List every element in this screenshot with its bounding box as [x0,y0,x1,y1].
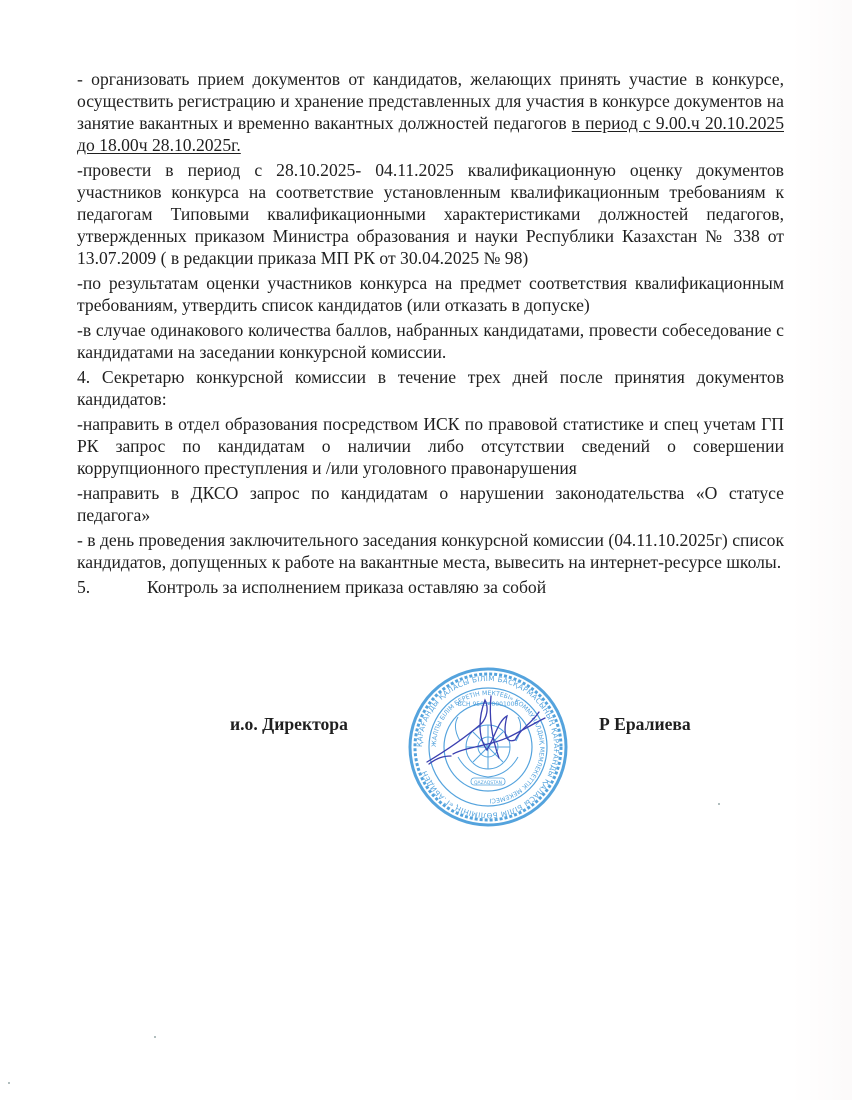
paragraph-interview: -в случае одинакового количества баллов,… [77,319,784,363]
paragraph-send-request-dkso: -направить в ДКСО запрос по кандидатам о… [77,482,784,526]
scan-speck [154,1036,156,1038]
signatory-title: и.о. Директора [230,714,348,735]
paragraph-publish-list: - в день проведения заключительного засе… [77,529,784,573]
paragraph-item-4: 4. Секретарю конкурсной комиссии в течен… [77,366,784,410]
paragraph-item-5: 5. Контроль за исполнением приказа остав… [77,576,784,598]
item-text: Контроль за исполнением приказа оставляю… [147,576,546,598]
scan-speck [718,803,720,805]
paragraph-qualification-assessment: -провести в период с 28.10.2025- 04.11.2… [77,159,784,269]
paragraph-send-request-isk: -направить в отдел образования посредств… [77,413,784,479]
signatory-name: Р Ералиева [599,714,691,735]
scan-speck [8,1082,10,1084]
stamp-bin: БСН 950540001006 [458,701,519,708]
official-stamp-icon: ҚАРАҒАНДЫ ҚАЛАСЫ БІЛІМ БАСҚАРМАСЫНЫҢ ҚАР… [407,666,569,828]
scan-shadow [792,0,852,1100]
paragraph-approve-list: -по результатам оценки участников конкур… [77,272,784,316]
stamp-center-label: QAZAQSTAN [474,780,502,786]
paragraph-accept-documents: - организовать прием документов от канди… [77,68,784,156]
document-body: - организовать прием документов от канди… [77,68,784,601]
document-page: - организовать прием документов от канди… [0,0,852,1100]
item-number: 5. [77,576,147,598]
